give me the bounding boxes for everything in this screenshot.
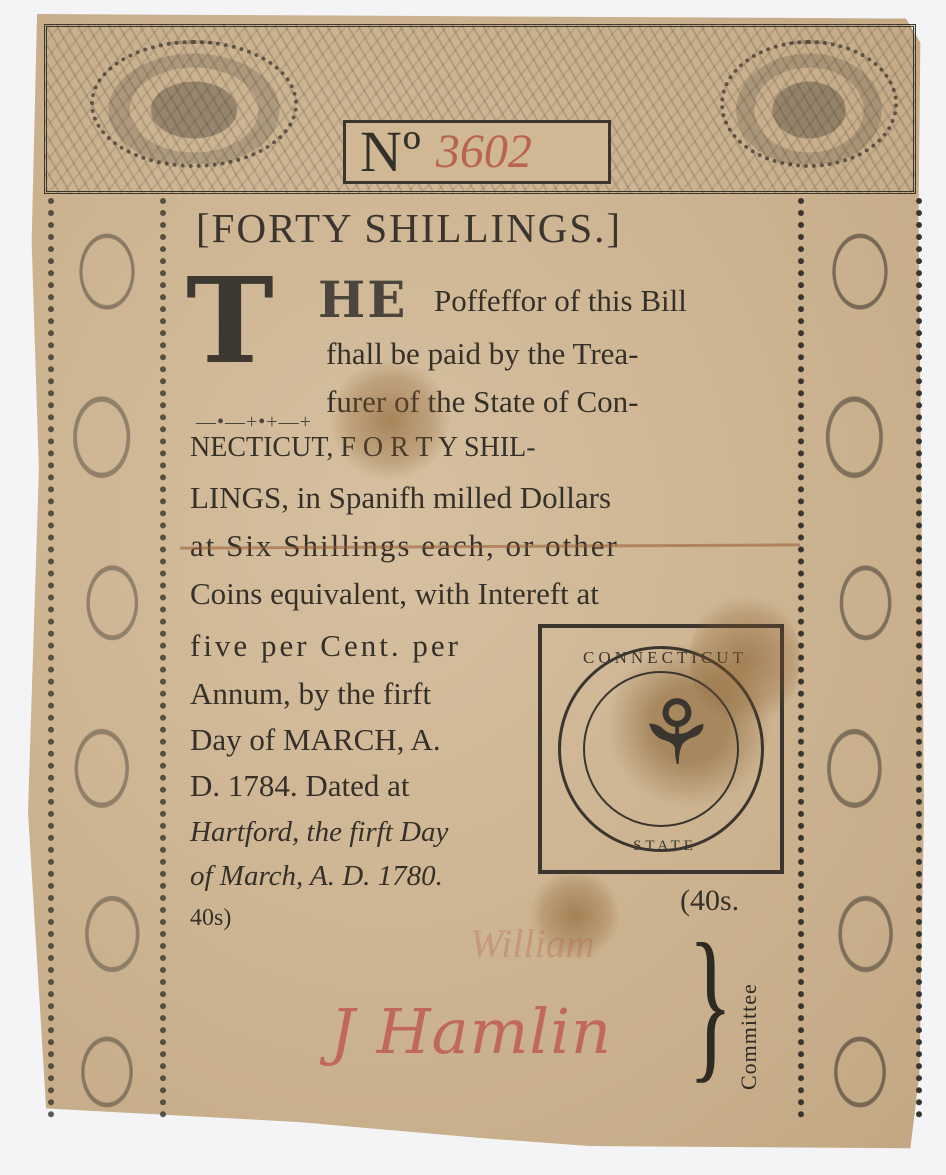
ornament-right-icon	[720, 40, 898, 168]
body-line-8: five per Cent. per	[190, 630, 461, 661]
left-scroll-border	[48, 198, 166, 1118]
body-line-14: 40s)	[190, 906, 231, 930]
dropcap-rest: HE	[318, 270, 407, 329]
body-line-12: Hartford, the firft Day	[190, 818, 448, 847]
committee-label: Committee	[736, 983, 762, 1090]
denomination-title: [FORTY SHILLINGS.]	[196, 204, 622, 252]
body-line-5: LINGS, in Spanifh milled Dollars	[190, 482, 611, 513]
body-line-1: Poffeffor of this Bill	[434, 285, 687, 316]
body-line-13: of March, A. D. 1780.	[190, 862, 443, 891]
right-scroll-border	[798, 198, 922, 1118]
ornamental-rule: —•—+•+—+	[196, 411, 312, 434]
faded-signature: William	[470, 920, 594, 967]
brace-icon: }	[688, 918, 733, 1088]
stain	[690, 590, 800, 730]
body-line-11: D. 1784. Dated at	[190, 770, 410, 801]
serial-label: Nº	[360, 123, 422, 181]
stain	[330, 360, 450, 480]
dropcap-letter: T	[186, 262, 274, 380]
body-line-10: Day of MARCH, A.	[190, 724, 441, 755]
ornament-left-icon	[90, 40, 298, 168]
body-line-7: Coins equivalent, with Intereft at	[190, 578, 599, 609]
serial-number-box: Nº 3602	[343, 120, 611, 184]
body-line-9: Annum, by the firft	[190, 678, 431, 709]
serial-number: 3602	[436, 128, 532, 176]
signature-hamlin: J Hamlin	[330, 995, 612, 1068]
seal-bottom-text: STATE	[562, 838, 768, 855]
